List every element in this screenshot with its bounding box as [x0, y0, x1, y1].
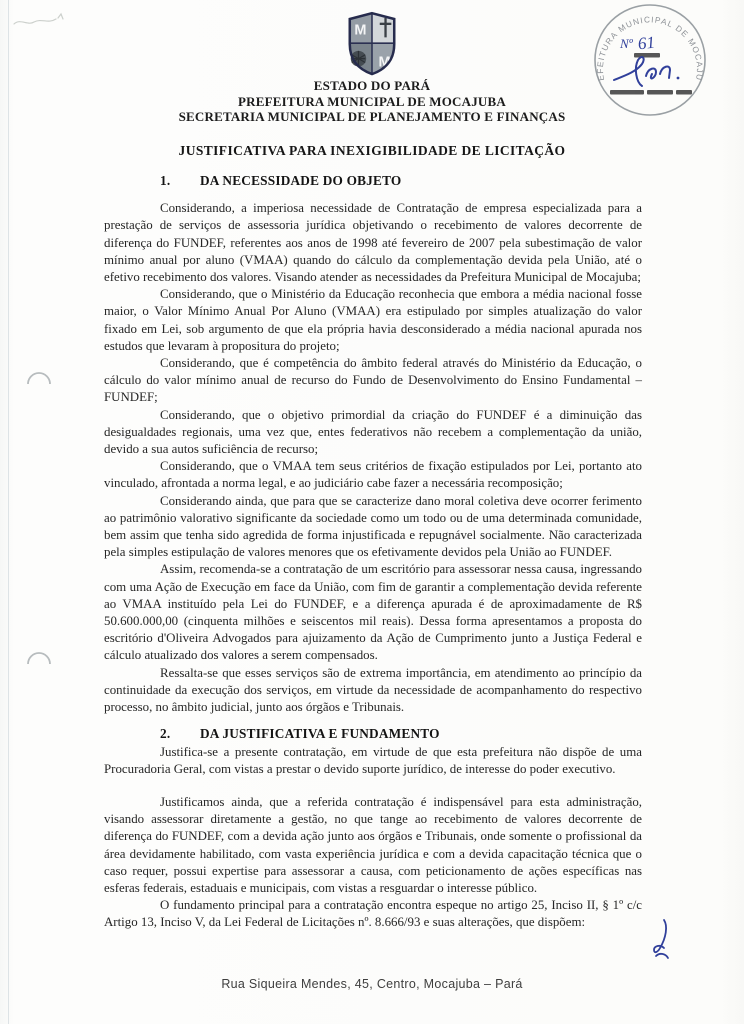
paragraph: Considerando ainda, que para que se cara…	[104, 493, 642, 562]
stamp-number-label: Nº	[619, 36, 634, 51]
paragraph: Considerando, que é competência do âmbit…	[104, 355, 642, 407]
stamp-long-bar	[610, 90, 692, 95]
stamp-signature-scribble	[614, 57, 679, 86]
stamp-number-value: 61	[637, 33, 656, 54]
section-1-heading: 1. DA NECESSIDADE DO OBJETO	[104, 172, 642, 189]
section-2-title: DA JUSTIFICATIVA E FUNDAMENTO	[200, 725, 440, 742]
footer-address: Rua Siqueira Mendes, 45, Centro, Mocajub…	[0, 977, 744, 991]
rubric-initial	[646, 916, 676, 964]
paragraph: Considerando, que o objetivo primordial …	[104, 407, 642, 459]
municipal-crest-icon: M M	[343, 10, 401, 86]
paragraph: Ressalta-se que esses serviços são de ex…	[104, 665, 642, 717]
office-stamp: PREFEITURA MUNICIPAL DE MOCAJUBA Nº 61	[584, 2, 716, 120]
section-1-title: DA NECESSIDADE DO OBJETO	[200, 172, 401, 189]
paragraph: Assim, recomenda-se a contratação de um …	[104, 561, 642, 664]
section-2-number: 2.	[160, 725, 200, 742]
document-title: JUSTIFICATIVA PARA INEXIGIBILIDADE DE LI…	[0, 143, 744, 159]
paragraph: Considerando, que o Ministério da Educaç…	[104, 286, 642, 355]
paragraph: Justifica-se a presente contratação, em …	[104, 744, 642, 778]
document-page: M M ESTADO DO PARÁ PREFEITURA MUNICIPAL …	[0, 0, 744, 1024]
section-2-heading: 2. DA JUSTIFICATIVA E FUNDAMENTO	[104, 725, 642, 742]
stamp-short-bar	[634, 53, 660, 58]
punch-hole-mark	[24, 364, 54, 390]
document-body: 1. DA NECESSIDADE DO OBJETO Considerando…	[104, 172, 642, 932]
punch-hole-mark	[24, 644, 54, 670]
paragraph: O fundamento principal para a contrataçã…	[104, 897, 642, 931]
paragraph: Considerando, a imperiosa necessidade de…	[104, 200, 642, 286]
paragraph: Justificamos ainda, que a referida contr…	[104, 794, 642, 897]
paragraph: Considerando, que o VMAA tem seus critér…	[104, 458, 642, 492]
pencil-scribble	[8, 10, 78, 36]
crest-letter-m-left: M	[354, 22, 366, 38]
section-1-number: 1.	[160, 172, 200, 189]
